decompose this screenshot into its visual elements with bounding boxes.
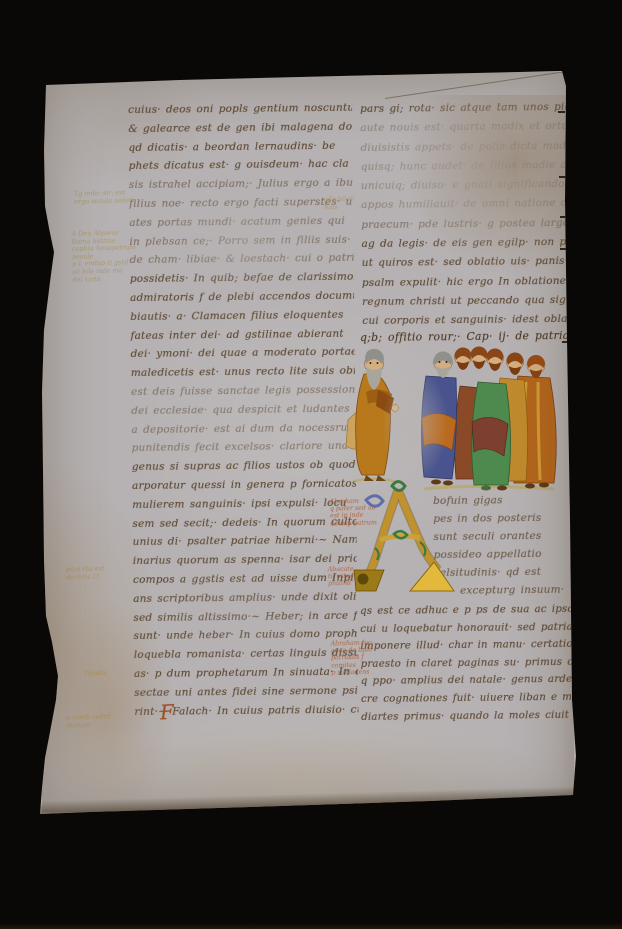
page-vignette bbox=[42, 72, 574, 812]
slide-mount-edge bbox=[0, 923, 622, 929]
manuscript-page: cuius· deos oni popls gentium noscuntur·… bbox=[0, 0, 622, 929]
slide-photo-frame: cuius· deos oni popls gentium noscuntur·… bbox=[0, 0, 622, 929]
